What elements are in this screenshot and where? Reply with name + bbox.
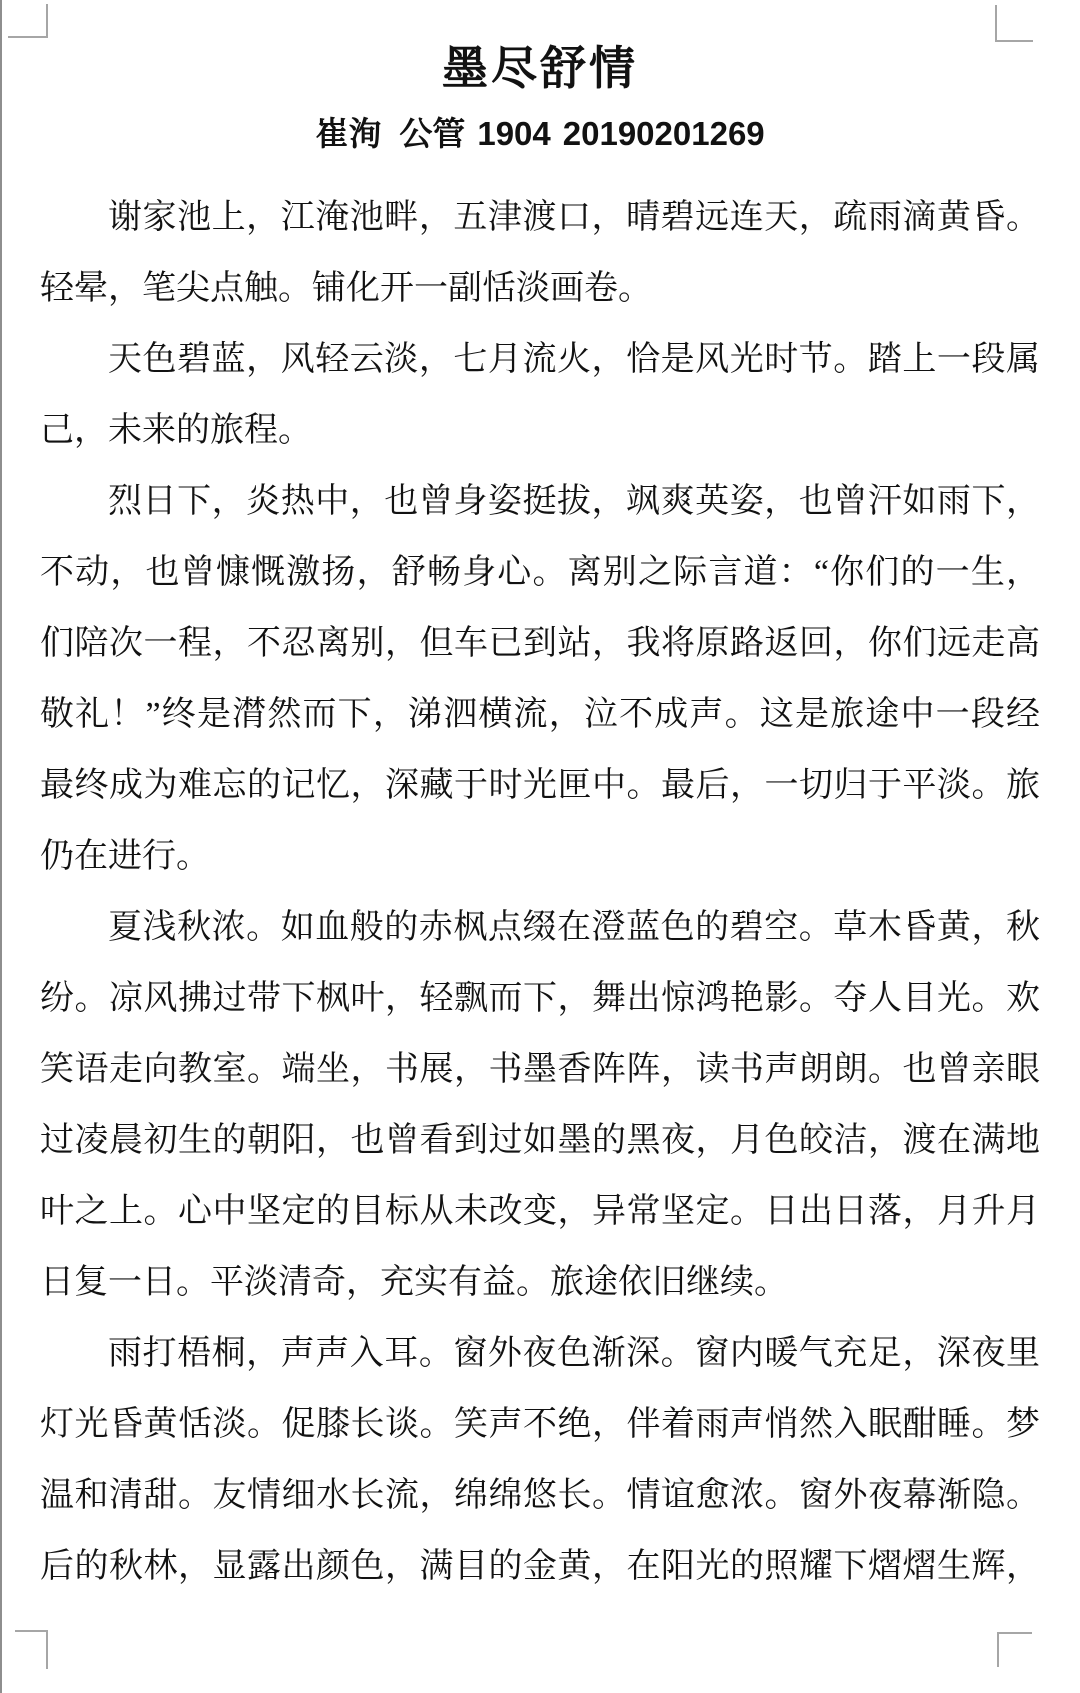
- text-line: 烈日下，炎热中，也曾身姿挺拔，飒爽英姿，也曾汗如雨下，岿然: [40, 466, 1040, 537]
- text-line: 仍在进行。: [40, 821, 1040, 892]
- text-line: 己，未来的旅程。: [40, 395, 1040, 466]
- text-line: 谢家池上，江淹池畔，五津渡口，晴碧远连天，疏雨滴黄昏。墨色: [40, 182, 1040, 253]
- text-line: 纷。凉风拂过带下枫叶，轻飘而下，舞出惊鸿艳影。夺人目光。欢声: [40, 963, 1040, 1034]
- page-left-edge-line: [0, 0, 2, 1693]
- margin-mark-top-right: [995, 5, 1033, 42]
- margin-mark-top-left: [8, 4, 48, 38]
- class-number: 1904: [477, 115, 550, 152]
- text-line: 温和清甜。友情细水长流，绵绵悠长。情谊愈浓。窗外夜幕渐隐。雨: [40, 1460, 1040, 1531]
- text-line: 过凌晨初生的朝阳，也曾看到过如墨的黑夜，月色皎洁，渡在满地黄: [40, 1105, 1040, 1176]
- text-line: 敬礼！”终是潸然而下，涕泗横流，泣不成声。这是旅途中一段经历，: [40, 679, 1040, 750]
- text-line: 最终成为难忘的记忆，深藏于时光匣中。最后，一切归于平淡。旅途: [40, 750, 1040, 821]
- student-id: 20190201269: [563, 115, 765, 152]
- document-body: 谢家池上，江淹池畔，五津渡口，晴碧远连天，疏雨滴黄昏。墨色 轻晕，笔尖点触。铺化…: [40, 182, 1040, 1602]
- margin-mark-bottom-right: [997, 1632, 1032, 1667]
- text-line: 不动，也曾慷慨激扬，舒畅身心。离别之际言道：“你们的一生，我: [40, 537, 1040, 608]
- text-line: 笑语走向教室。端坐，书展，书墨香阵阵，读书声朗朗。也曾亲眼见: [40, 1034, 1040, 1105]
- document-page: 墨尽舒情 崔洵公管190420190201269 谢家池上，江淹池畔，五津渡口，…: [0, 0, 1080, 1693]
- text-line: 天色碧蓝，风轻云淡，七月流火，恰是风光时节。踏上一段属于自: [40, 324, 1040, 395]
- text-line: 灯光昏黄恬淡。促膝长谈。笑声不绝，伴着雨声悄然入眠酣睡。梦境: [40, 1389, 1040, 1460]
- text-line: 雨打梧桐，声声入耳。窗外夜色渐深。窗内暖气充足，深夜里点灯，: [40, 1318, 1040, 1389]
- text-line: 日复一日。平淡清奇，充实有益。旅途依旧继续。: [40, 1247, 1040, 1318]
- author-major: 公管: [399, 117, 465, 153]
- text-line: 叶之上。心中坚定的目标从未改变，异常坚定。日出日落，月升月降，: [40, 1176, 1040, 1247]
- text-line: 们陪次一程，不忍离别，但车已到站，我将原路返回，你们远走高飞，: [40, 608, 1040, 679]
- text-line: 轻晕，笔尖点触。铺化开一副恬淡画卷。: [40, 253, 1040, 324]
- document-title: 墨尽舒情: [0, 44, 1080, 95]
- text-line: 后的秋林，显露出颜色，满目的金黄，在阳光的照耀下熠熠生辉，几: [40, 1531, 1040, 1602]
- byline: 崔洵公管190420190201269: [0, 114, 1080, 156]
- author-name: 崔洵: [315, 117, 381, 153]
- text-line: 夏浅秋浓。如血般的赤枫点缀在澄蓝色的碧空。草木昏黄，秋叶纷: [40, 892, 1040, 963]
- margin-mark-bottom-left: [15, 1630, 48, 1669]
